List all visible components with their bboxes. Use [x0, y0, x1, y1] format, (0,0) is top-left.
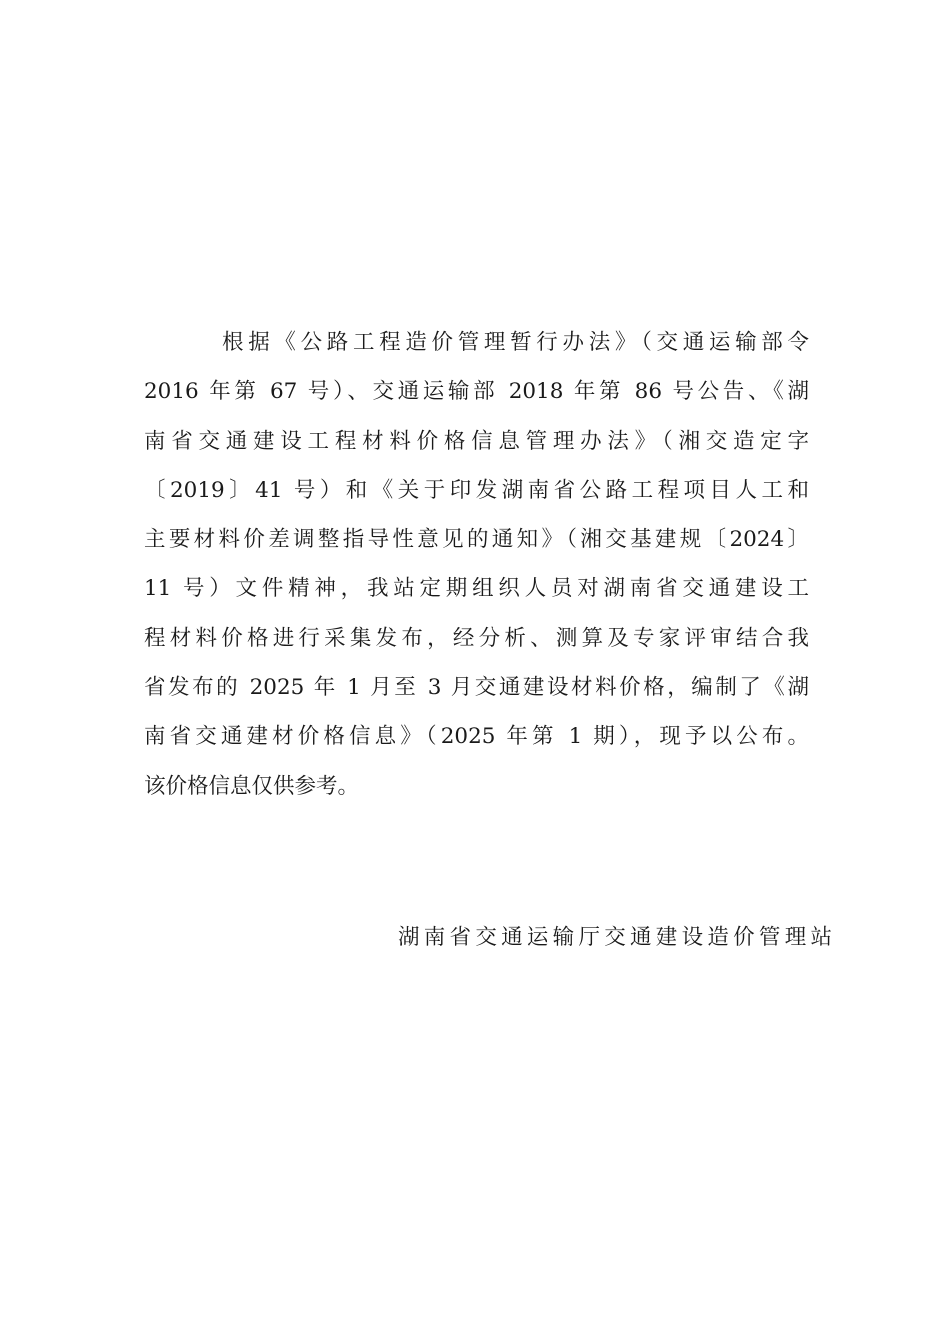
paragraph-line: 程材料价格进行采集发布，经分析、测算及专家评审结合我: [144, 614, 809, 663]
paragraph-line: 〔2019〕41 号）和《关于印发湖南省公路工程项目人工和: [144, 466, 809, 515]
document-page: 根据《公路工程造价管理暂行办法》（交通运输部令 2016 年第 67 号）、交通…: [0, 0, 950, 1344]
paragraph-line: 11 号）文件精神，我站定期组织人员对湖南省交通建设工: [144, 564, 809, 613]
paragraph-line: 南省交通建材价格信息》（2025 年第 1 期），现予以公布。: [144, 712, 809, 761]
paragraph-line: 南省交通建设工程材料价格信息管理办法》（湘交造定字: [144, 417, 809, 466]
paragraph-line: 2016 年第 67 号）、交通运输部 2018 年第 86 号公告、《湖: [144, 367, 809, 416]
paragraph-line: 该价格信息仅供参考。: [144, 762, 809, 811]
paragraph-line: 根据《公路工程造价管理暂行办法》（交通运输部令: [144, 318, 809, 367]
announcement-paragraph: 根据《公路工程造价管理暂行办法》（交通运输部令 2016 年第 67 号）、交通…: [144, 318, 809, 811]
paragraph-line: 主要材料价差调整指导性意见的通知》（湘交基建规〔2024〕: [144, 515, 809, 564]
paragraph-line: 省发布的 2025 年 1 月至 3 月交通建设材料价格，编制了《湖: [144, 663, 809, 712]
issuer-signature: 湖南省交通运输厅交通建设造价管理站: [398, 916, 832, 960]
